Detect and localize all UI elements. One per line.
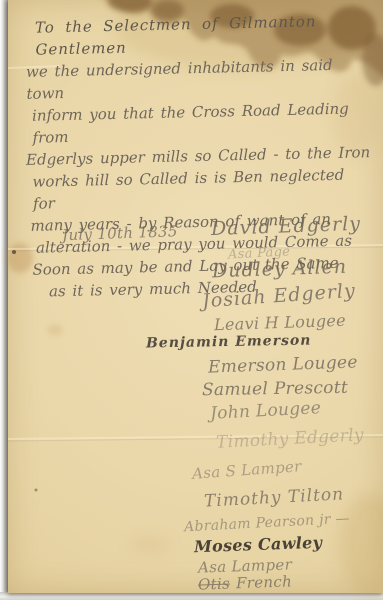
scan-edge-bottom	[0, 592, 383, 600]
document-scan: To the Selectmen of Gilmanton Gentlemen …	[0, 0, 383, 600]
signature: Samuel Prescott	[202, 378, 348, 401]
body-line: inform you that the Cross Road Leading f…	[32, 97, 371, 149]
date-text: July 10th 1835	[62, 222, 178, 244]
signature: Dudley Allen	[212, 256, 348, 283]
body-line: works hill so Called is is Ben neglected…	[32, 163, 372, 215]
signature: Benjamin Emerson	[146, 333, 312, 352]
signature-name: French	[236, 572, 293, 592]
struck-name: Otis	[198, 575, 231, 594]
body-line: we the undersigned inhabitants in said t…	[26, 53, 370, 105]
signature: OtisFrench	[198, 572, 293, 593]
body-line: To the Selectmen of Gilmanton Gentlemen	[35, 9, 369, 61]
